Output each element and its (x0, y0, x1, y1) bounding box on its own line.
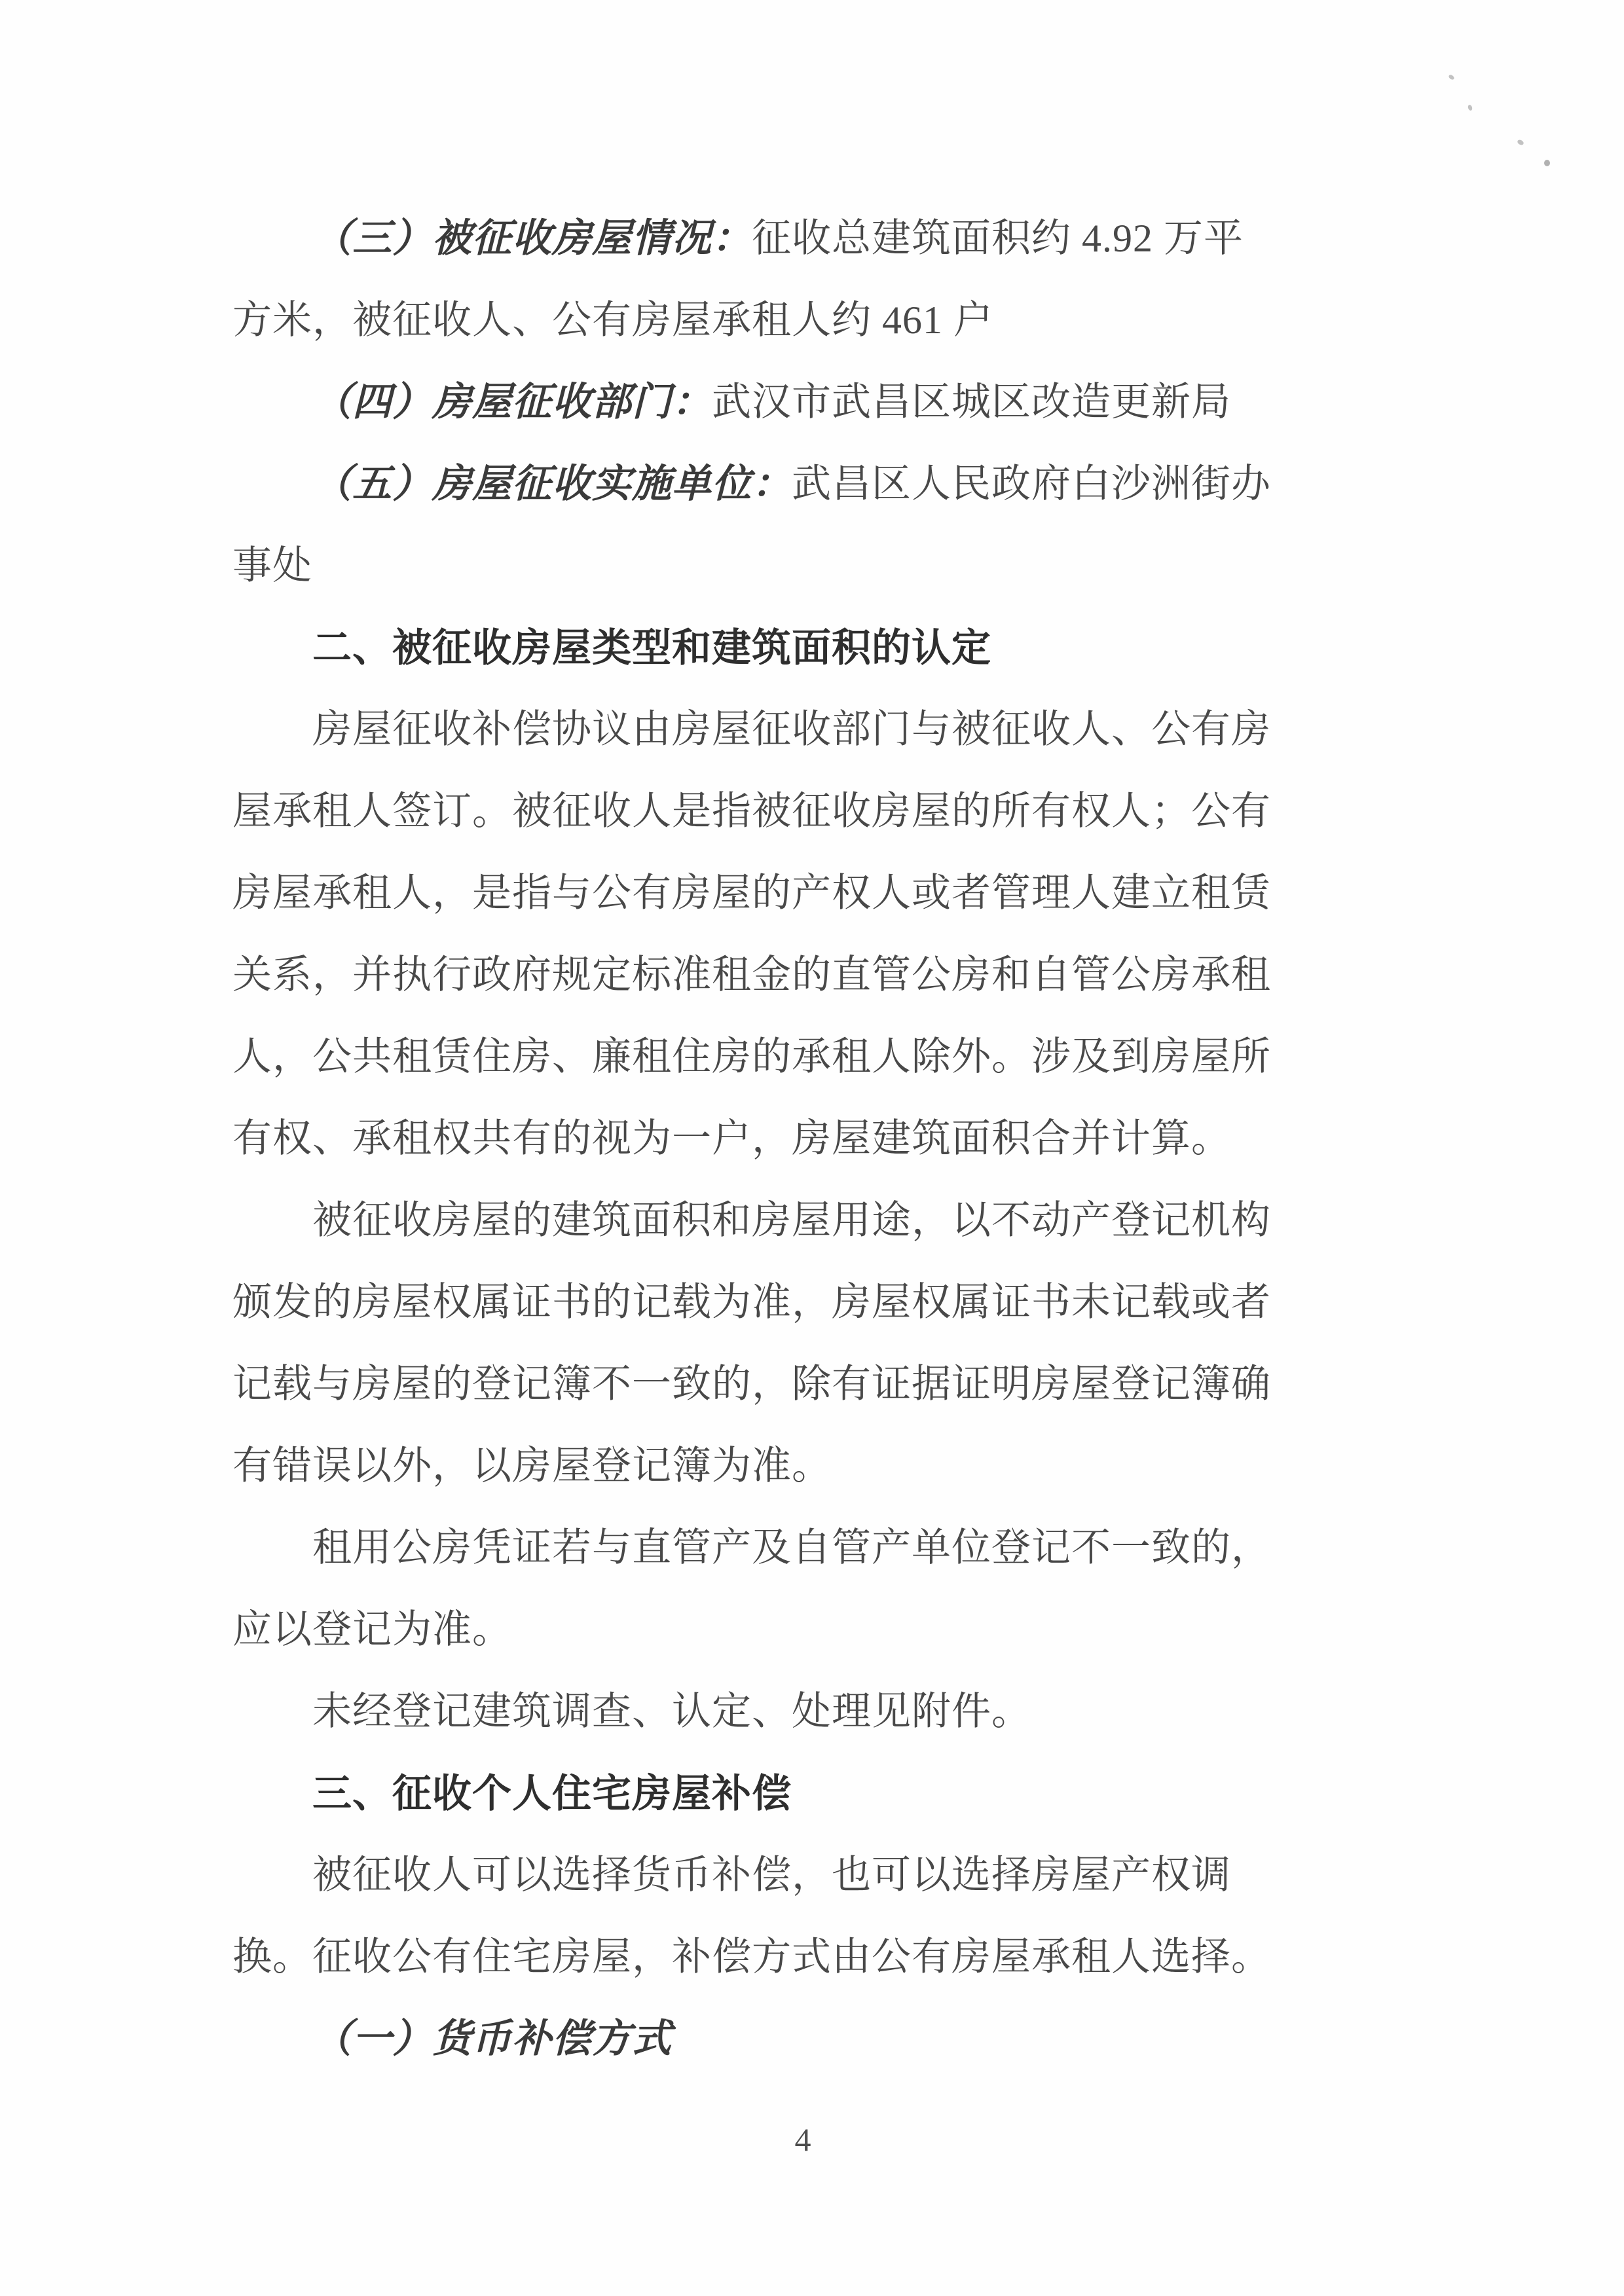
scan-speck (1448, 74, 1455, 81)
line-text: 武昌区人民政府白沙洲街办 (792, 462, 1271, 505)
line-text: 屋承租人签订。被征收人是指被征收房屋的所有权人；公有 (232, 790, 1271, 833)
scan-speck (1517, 139, 1524, 146)
text-line: 未经登记建筑调查、认定、处理见附件。 (232, 1671, 1401, 1753)
line-text: 有权、承租权共有的视为一户，房屋建筑面积合并计算。 (232, 1117, 1231, 1160)
text-line: （五）房屋征收实施单位：武昌区人民政府白沙洲街办 (232, 443, 1401, 525)
document-page: （三）被征收房屋情况：征收总建筑面积约 4.92 万平 方米，被征收人、公有房屋… (0, 0, 1624, 2296)
text-line: 记载与房屋的登记簿不一致的，除有证据证明房屋登记簿确 (232, 1343, 1401, 1425)
line-text: 人，公共租赁住房、廉租住房的承租人除外。涉及到房屋所 (232, 1035, 1271, 1078)
line-text: 被征收人可以选择货币补偿，也可以选择房屋产权调 (312, 1853, 1231, 1897)
text-line: 应以登记为准。 (232, 1589, 1401, 1671)
text-line: 人，公共租赁住房、廉租住房的承租人除外。涉及到房屋所 (232, 1016, 1401, 1098)
section-heading: 二、被征收房屋类型和建筑面积的认定 (232, 607, 1401, 689)
emphasis-label: （四）房屋征收部门： (312, 380, 712, 424)
line-text: 征收总建筑面积约 4.92 万平 (752, 217, 1244, 260)
text-line: 租用公房凭证若与直管产及自管产单位登记不一致的， (232, 1507, 1401, 1589)
line-text: 房屋征收补偿协议由房屋征收部门与被征收人、公有房 (312, 708, 1271, 751)
heading-text: 二、被征收房屋类型和建筑面积的认定 (312, 626, 991, 670)
text-line: 房屋征收补偿协议由房屋征收部门与被征收人、公有房 (232, 689, 1401, 771)
text-line: 关系，并执行政府规定标准租金的直管公房和自管公房承租 (232, 934, 1401, 1016)
line-text: 有错误以外，以房屋登记簿为准。 (232, 1444, 832, 1487)
line-text: 武汉市武昌区城区改造更新局 (712, 380, 1231, 424)
section-heading: 三、征收个人住宅房屋补偿 (232, 1753, 1401, 1834)
line-text: 颁发的房屋权属证书的记载为准，房屋权属证书未记载或者 (232, 1281, 1271, 1324)
line-text: 被征收房屋的建筑面积和房屋用途，以不动产登记机构 (312, 1199, 1271, 1242)
text-line: 颁发的房屋权属证书的记载为准，房屋权属证书未记载或者 (232, 1262, 1401, 1343)
text-line: 屋承租人签订。被征收人是指被征收房屋的所有权人；公有 (232, 771, 1401, 852)
line-text: 方米，被征收人、公有房屋承租人约 461 户 (232, 299, 993, 342)
text-line: 房屋承租人，是指与公有房屋的产权人或者管理人建立租赁 (232, 852, 1401, 934)
text-line: 方米，被征收人、公有房屋承租人约 461 户 (232, 280, 1401, 361)
document-body: （三）被征收房屋情况：征收总建筑面积约 4.92 万平 方米，被征收人、公有房屋… (232, 198, 1401, 2080)
text-line: 被征收房屋的建筑面积和房屋用途，以不动产登记机构 (232, 1180, 1401, 1262)
line-text: 租用公房凭证若与直管产及自管产单位登记不一致的， (312, 1526, 1271, 1569)
heading-text: （一）货币补偿方式 (312, 2017, 672, 2060)
text-line: （四）房屋征收部门：武汉市武昌区城区改造更新局 (232, 361, 1401, 443)
line-text: 事处 (232, 544, 312, 587)
heading-text: 三、征收个人住宅房屋补偿 (312, 1772, 792, 1815)
scan-speck (1544, 160, 1550, 166)
text-line: 有错误以外，以房屋登记簿为准。 (232, 1425, 1401, 1507)
text-line: 有权、承租权共有的视为一户，房屋建筑面积合并计算。 (232, 1098, 1401, 1180)
line-text: 关系，并执行政府规定标准租金的直管公房和自管公房承租 (232, 953, 1271, 996)
scan-speck (1467, 104, 1473, 111)
line-text: 记载与房屋的登记簿不一致的，除有证据证明房屋登记簿确 (232, 1362, 1271, 1406)
line-text: 房屋承租人，是指与公有房屋的产权人或者管理人建立租赁 (232, 871, 1271, 915)
emphasis-label: （三）被征收房屋情况： (312, 217, 752, 260)
page-number: 4 (795, 2120, 811, 2159)
sub-heading: （一）货币补偿方式 (232, 1998, 1401, 2080)
text-line: 换。征收公有住宅房屋，补偿方式由公有房屋承租人选择。 (232, 1916, 1401, 1998)
line-text: 未经登记建筑调查、认定、处理见附件。 (312, 1690, 1031, 1733)
line-text: 换。征收公有住宅房屋，补偿方式由公有房屋承租人选择。 (232, 1935, 1271, 1978)
text-line: 被征收人可以选择货币补偿，也可以选择房屋产权调 (232, 1834, 1401, 1916)
line-text: 应以登记为准。 (232, 1608, 512, 1651)
text-line: （三）被征收房屋情况：征收总建筑面积约 4.92 万平 (232, 198, 1401, 280)
emphasis-label: （五）房屋征收实施单位： (312, 462, 792, 505)
text-line: 事处 (232, 525, 1401, 607)
